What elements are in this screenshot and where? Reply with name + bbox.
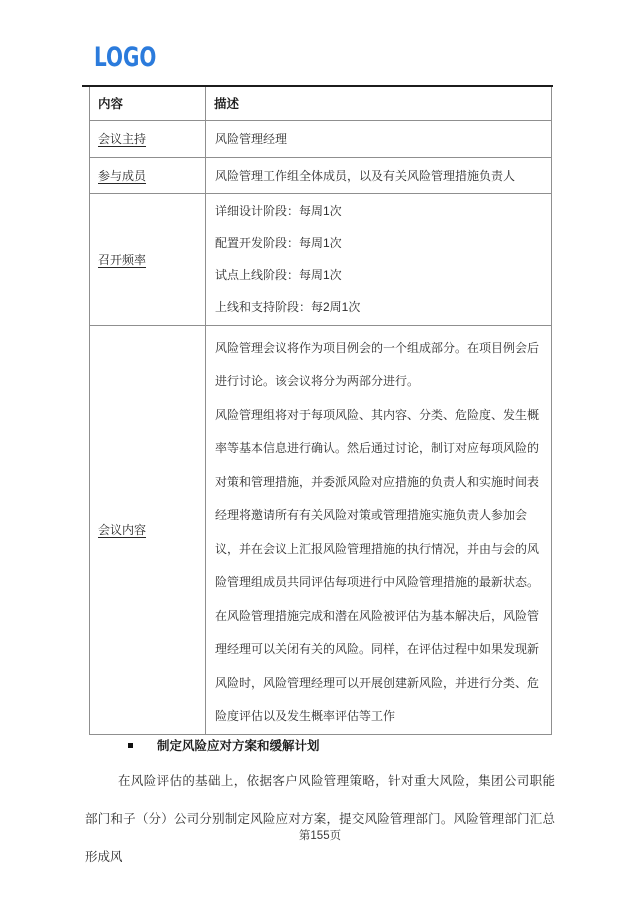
frequency-line: 试点上线阶段：每周1次 <box>215 259 549 291</box>
table-header-row: 内容 描述 <box>90 87 552 120</box>
bullet-square-icon <box>128 743 133 748</box>
table-row-participants: 参与成员 风险管理工作组全体成员，以及有关风险管理措施负责人 <box>90 157 552 193</box>
meeting-content-paragraph: 经理将邀请所有有关风险对策或管理措施实施负责人参加会议，并在会议上汇报风险管理措… <box>215 499 549 734</box>
row-value-frequency: 详细设计阶段：每周1次 配置开发阶段：每周1次 试点上线阶段：每周1次 上线和支… <box>206 193 552 325</box>
meeting-content-paragraph: 风险管理会议将作为项目例会的一个组成部分。在项目例会后进行讨论。该会议将分为两部… <box>215 332 549 399</box>
row-label-meeting-content: 会议内容 <box>90 325 206 734</box>
column-header-content: 内容 <box>90 87 206 120</box>
document-page: LOGO 内容 描述 会议主持 风险管理经理 参与成员 风险管理工作组全体成员，… <box>0 0 640 906</box>
section-heading: 制定风险应对方案和缓解计划 <box>157 736 320 754</box>
table-row-meeting-content: 会议内容 风险管理会议将作为项目例会的一个组成部分。在项目例会后进行讨论。该会议… <box>90 325 552 734</box>
meeting-info-table: 内容 描述 会议主持 风险管理经理 参与成员 风险管理工作组全体成员，以及有关风… <box>89 87 552 735</box>
section-heading-row: 制定风险应对方案和缓解计划 <box>128 736 320 754</box>
frequency-line: 上线和支持阶段：每2周1次 <box>215 291 549 323</box>
frequency-line: 配置开发阶段：每周1次 <box>215 227 549 259</box>
page-number: 第155页 <box>0 827 640 843</box>
row-value-meeting-content: 风险管理会议将作为项目例会的一个组成部分。在项目例会后进行讨论。该会议将分为两部… <box>206 325 552 734</box>
row-value-participants: 风险管理工作组全体成员，以及有关风险管理措施负责人 <box>206 157 552 193</box>
row-label-frequency: 召开频率 <box>90 193 206 325</box>
body-paragraph: 在风险评估的基础上，依据客户风险管理策略，针对重大风险，集团公司职能部门和子（分… <box>85 762 555 876</box>
meeting-content-paragraph: 风险管理组将对于每项风险、其内容、分类、危险度、发生概率等基本信息进行确认。然后… <box>215 399 549 500</box>
table-row-frequency: 召开频率 详细设计阶段：每周1次 配置开发阶段：每周1次 试点上线阶段：每周1次… <box>90 193 552 325</box>
company-logo: LOGO <box>94 44 156 72</box>
table-row-meeting-host: 会议主持 风险管理经理 <box>90 120 552 157</box>
frequency-line: 详细设计阶段：每周1次 <box>215 195 549 227</box>
row-label-participants: 参与成员 <box>90 157 206 193</box>
column-header-description: 描述 <box>206 87 552 120</box>
row-value-meeting-host: 风险管理经理 <box>206 120 552 157</box>
row-label-meeting-host: 会议主持 <box>90 120 206 157</box>
